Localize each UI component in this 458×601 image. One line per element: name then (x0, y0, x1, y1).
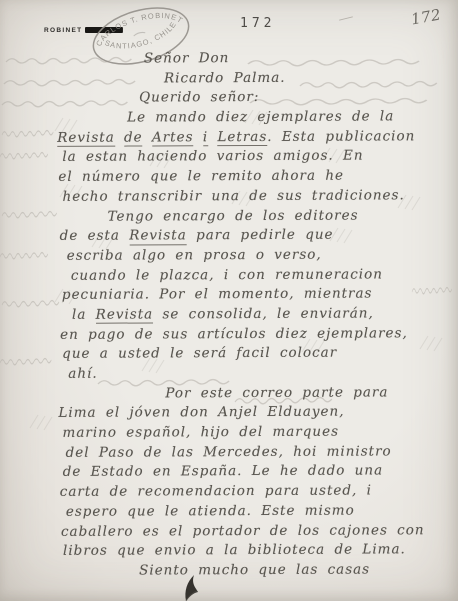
manuscript-line: marino español, hijo del marques (58, 422, 454, 443)
manuscript-line: del Paso de las Mercedes, hoi ministro (59, 442, 455, 463)
manuscript-text: carta de recomendacion para usted, i (60, 483, 372, 500)
manuscript-text: espero que le atienda. Este mismo (66, 502, 355, 519)
underlined-word: de (124, 129, 143, 147)
manuscript-text (143, 129, 152, 145)
manuscript-line: de Estado en España. Le he dado una (59, 462, 455, 483)
underlined-word: Revista (129, 227, 187, 245)
manuscript-text: Ricardo Palma. (164, 70, 286, 87)
manuscript-line: la Revista se consolida, le enviarán, (58, 304, 454, 325)
manuscript-text: ahí. (68, 366, 97, 382)
manuscript-text: Le mando diez ejemplares de la (127, 108, 394, 125)
manuscript-text: la estan haciendo varios amigos. En (62, 148, 363, 165)
manuscript-line: Querido señor: (57, 88, 453, 109)
underlined-word: Revista (96, 306, 154, 324)
manuscript-line: hecho transcribir una de sus tradiciones… (57, 186, 453, 207)
manuscript-line: cuando le plazca, i con remuneracion (58, 265, 454, 286)
manuscript-line: de esta Revista para pedirle que (58, 225, 454, 246)
manuscript-text: pecuniaria. Por el momento, mientras (62, 286, 373, 303)
manuscript-text: se consolida, le enviarán, (153, 305, 374, 322)
manuscript-line: carta de recomendacion para usted, i (59, 481, 455, 502)
pencil-dash-mark (339, 16, 353, 20)
manuscript-text: de esta (60, 228, 130, 244)
handwritten-page-number: 172 (410, 6, 443, 29)
manuscript-text: cuando le plazca, i con remuneracion (71, 266, 383, 283)
manuscript-text: para pedirle que (187, 227, 334, 244)
manuscript-text: Lima el jóven don Anjel Elduayen, (58, 404, 344, 421)
manuscript-text: en pago de sus artículos diez ejemplares… (60, 325, 408, 343)
manuscript-line: Por este correo parte para (58, 383, 454, 404)
manuscript-text: del Paso de las Mercedes, hoi ministro (66, 443, 392, 460)
ink-blot (177, 575, 205, 601)
robinet-stamp-label: ROBINET (44, 27, 82, 34)
manuscript-text: libros que envio a la biblioteca de Lima… (63, 542, 406, 559)
underlined-word: Artes (152, 129, 194, 147)
manuscript-line: en pago de sus artículos diez ejemplares… (58, 324, 454, 345)
manuscript-line: Siento mucho que las casas (59, 560, 455, 581)
manuscript-text: . Esta publicacion (267, 128, 415, 145)
manuscript-line: el número que le remito ahora he (57, 166, 453, 187)
manuscript-text: el número que le remito ahora he (58, 168, 344, 185)
manuscript-text: la (72, 307, 96, 323)
manuscript-line: Ricardo Palma. (57, 68, 453, 89)
manuscript-line: libros que envio a la biblioteca de Lima… (59, 540, 455, 561)
manuscript-text (193, 129, 202, 145)
manuscript-text: caballero es el portador de los cajones … (61, 522, 425, 540)
manuscript-text: Siento mucho que las casas (139, 561, 370, 578)
manuscript-text: Señor Don (144, 50, 230, 66)
manuscript-text: hecho transcribir una de sus tradiciones… (62, 187, 404, 204)
manuscript-line: Le mando diez ejemplares de la (57, 107, 453, 128)
printed-page-number: 172 (240, 16, 275, 31)
manuscript-text: que a usted le será facil colocar (62, 345, 337, 362)
manuscript-text: Querido señor: (139, 89, 259, 106)
underlined-word: Letras (217, 129, 267, 147)
manuscript-text: Por este correo parte para (165, 384, 388, 401)
manuscript-text: marino español, hijo del marques (62, 424, 339, 441)
manuscript-text: de Estado en España. Le he dado una (63, 463, 384, 480)
letter-body: Señor DonRicardo Palma.Querido señor:Le … (57, 48, 455, 581)
manuscript-line: caballero es el portador de los cajones … (59, 521, 455, 542)
manuscript-line: espero que le atienda. Este mismo (59, 501, 455, 522)
underlined-word: Revista (57, 129, 115, 147)
manuscript-page: ROBINET CARLOS T. ROBINET SANTIAGO, CHIL… (0, 0, 458, 601)
manuscript-line: Revista de Artes i Letras. Esta publicac… (57, 127, 453, 148)
manuscript-line: la estan haciendo varios amigos. En (57, 147, 453, 168)
manuscript-text (115, 129, 124, 145)
manuscript-text (208, 129, 217, 145)
manuscript-line: Tengo encargo de los editores (58, 206, 454, 227)
manuscript-text: escriba algo en prosa o verso, (67, 247, 322, 264)
manuscript-line: pecuniaria. Por el momento, mientras (58, 284, 454, 305)
manuscript-line: Lima el jóven don Anjel Elduayen, (58, 403, 454, 424)
manuscript-line: escriba algo en prosa o verso, (58, 245, 454, 266)
manuscript-line: que a usted le será facil colocar (58, 343, 454, 364)
manuscript-text: Tengo encargo de los editores (108, 207, 359, 224)
manuscript-line: Señor Don (57, 48, 453, 69)
manuscript-line: ahí. (58, 363, 454, 384)
